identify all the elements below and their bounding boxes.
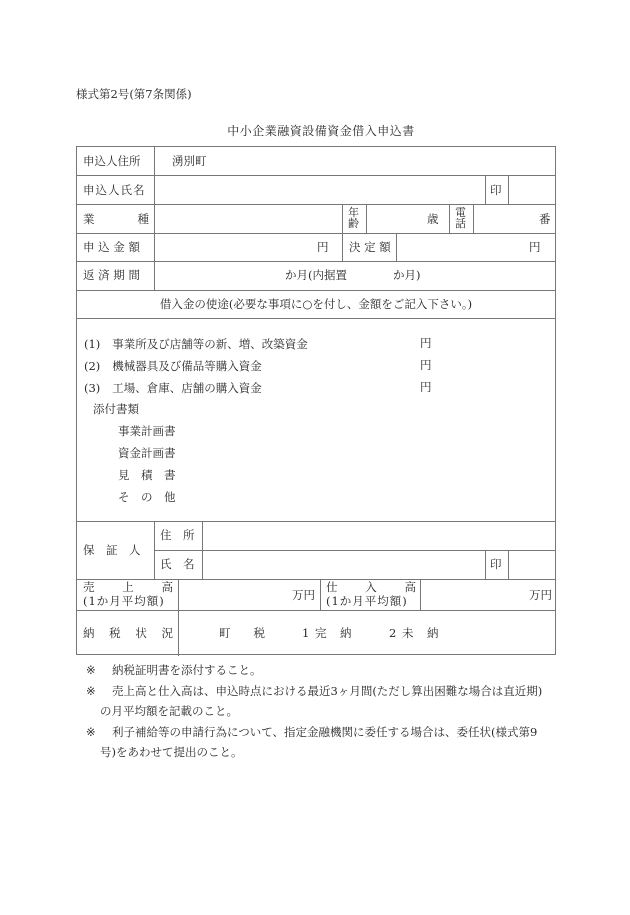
tax-option-paid[interactable]: 1 完 納 xyxy=(302,626,352,640)
guarantor-address-field[interactable] xyxy=(205,524,553,549)
applicant-seal-box[interactable] xyxy=(511,177,553,203)
attachment-estimate[interactable]: 見 積 書 xyxy=(118,468,176,482)
applicant-address-label: 申込人住所 xyxy=(83,154,149,168)
purpose-item-1[interactable]: (1)事業所及び店舗等の新、増、改築資金 xyxy=(84,336,308,352)
industry-label: 業種 xyxy=(83,212,149,226)
notes-section: ※納税証明書を添付すること。 ※売上高と仕入高は、申込時点における最近3ヶ月間(… xyxy=(86,660,566,763)
application-form-table: 申込人住所 湧別町 申込人氏名 印 業種 年齢 歳 電話 番 申 込 金 額 円… xyxy=(76,146,556,655)
applicant-name-label: 申込人氏名 xyxy=(83,183,146,197)
phone-field[interactable] xyxy=(475,206,535,232)
note-3: ※利子補給等の申請行為について、指定金融機関に委任する場合は、委任状(様式第9 xyxy=(86,722,566,743)
note-1: ※納税証明書を添付すること。 xyxy=(86,660,566,681)
attachments-label: 添付書類 xyxy=(93,402,139,416)
guarantor-label: 保 証 人 xyxy=(83,543,141,557)
tax-status-label: 納税状況 xyxy=(83,626,173,640)
guarantor-seal-label: 印 xyxy=(490,557,502,571)
note-2: ※売上高と仕入高は、申込時点における最近3ヶ月間(ただし算出困難な場合は直近期) xyxy=(86,681,566,702)
monthly-sales-unit: 万円 xyxy=(292,588,315,602)
decided-amount-label: 決 定 額 xyxy=(349,240,391,254)
repayment-period-field[interactable]: か月(内据置 か月) xyxy=(285,268,420,282)
phone-label: 電話 xyxy=(455,207,466,229)
note-3-continued: 号)をあわせて提出のこと。 xyxy=(86,742,566,763)
guarantor-name-field[interactable] xyxy=(205,553,483,578)
monthly-purchases-field[interactable] xyxy=(423,581,519,609)
applicant-name-field[interactable] xyxy=(157,177,483,203)
phone-unit: 番 xyxy=(539,212,551,226)
purpose-item-2[interactable]: (2)機械器具及び備品等購入資金 xyxy=(84,358,262,374)
monthly-sales-label: 売上高 (1か月平均額) xyxy=(83,581,173,608)
age-label: 年齢 xyxy=(348,207,359,229)
repayment-period-label: 返 済 期 間 xyxy=(83,268,140,282)
guarantor-seal-box[interactable] xyxy=(511,553,553,578)
applicant-seal-label: 印 xyxy=(490,183,502,197)
form-number: 様式第2号(第7条関係) xyxy=(76,86,192,102)
tax-option-unpaid[interactable]: 2 未 納 xyxy=(389,626,439,640)
guarantor-address-label: 住 所 xyxy=(160,528,195,542)
purpose-heading: 借入金の使途(必要な事項に○を付し、金額をご記入下さい。) xyxy=(77,297,555,311)
request-amount-unit: 円 xyxy=(317,240,329,254)
purpose-item-2-unit: 円 xyxy=(420,358,432,372)
attachment-business-plan[interactable]: 事業計画書 xyxy=(118,424,176,438)
tax-type: 町 税 xyxy=(219,626,265,640)
purpose-item-3-unit: 円 xyxy=(420,380,432,394)
request-amount-label: 申 込 金 額 xyxy=(83,240,140,254)
form-title: 中小企業融資設備資金借入申込書 xyxy=(0,122,630,139)
attachment-other[interactable]: そ の 他 xyxy=(118,490,176,504)
purpose-item-1-unit: 円 xyxy=(420,336,432,350)
monthly-purchases-unit: 万円 xyxy=(529,588,552,602)
decided-amount-field[interactable] xyxy=(399,235,519,261)
attachment-funding-plan[interactable]: 資金計画書 xyxy=(118,446,176,460)
guarantor-name-label: 氏 名 xyxy=(160,557,195,571)
note-2-continued: の月平均額を記載のこと。 xyxy=(86,701,566,722)
monthly-purchases-label: 仕入高 (1か月平均額) xyxy=(326,581,416,608)
applicant-address-field[interactable]: 湧別町 xyxy=(172,154,207,168)
purpose-item-3[interactable]: (3)工場、倉庫、店舗の購入資金 xyxy=(84,380,262,396)
age-unit: 歳 xyxy=(427,212,439,226)
age-field[interactable] xyxy=(368,206,423,232)
decided-amount-unit: 円 xyxy=(529,240,541,254)
request-amount-field[interactable] xyxy=(157,235,317,261)
industry-field[interactable] xyxy=(157,206,340,232)
